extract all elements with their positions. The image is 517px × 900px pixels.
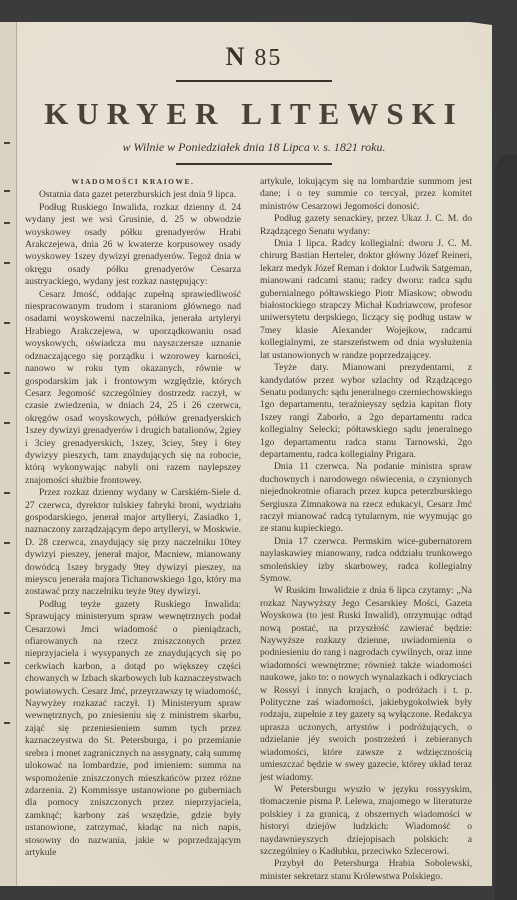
issue-number: N85 — [16, 42, 492, 72]
previous-page-edge — [0, 22, 17, 886]
article-paragraph: W Petersburgu wyszło w języku rossyyskim… — [260, 784, 472, 858]
article-paragraph: Podług teyże gazety Ruskiego Inwalida: S… — [25, 599, 241, 860]
article-paragraph: Przez rozkaz dzienny wydany w Carskiém-S… — [25, 487, 241, 599]
masthead: N85 KURYER LITEWSKI w Wilnie w Poniedzia… — [16, 22, 492, 165]
article-paragraph: Cesarz Jmość, oddając zupełną sprawiedli… — [25, 289, 241, 488]
page-edge-shadow — [495, 155, 517, 900]
newspaper-title: KURYER LITEWSKI — [16, 96, 492, 132]
article-paragraph: Podług Ruskiego Inwalida, rozkaz dzienny… — [25, 202, 241, 289]
article-paragraph: Dnia 1 lipca. Radcy kollegialni: dworu J… — [260, 238, 472, 362]
section-heading: WIADOMOŚCI KRAIOWE. — [25, 176, 241, 188]
issue-number-value: 85 — [254, 45, 282, 71]
article-paragraph: Dnia 17 czerwca. Permskim wice-gubernato… — [260, 536, 472, 586]
article-paragraph: Ostatnia data gazet peterzburskich jest … — [25, 189, 241, 201]
article-paragraph: Dnia 11 czerwca. Na podanie ministra spr… — [260, 461, 472, 535]
left-column: WIADOMOŚCI KRAIOWE. Ostatnia data gazet … — [25, 176, 241, 859]
article-paragraph: W Ruskim Inwalidzie z dnia 6 lipca czyta… — [260, 585, 472, 784]
article-paragraph: Podług gazety senackiey, przez Ukaz J. C… — [260, 213, 472, 238]
article-paragraph: artykule, lokującym się na lombardzie su… — [260, 176, 472, 213]
divider-rule — [176, 80, 332, 82]
dateline: w Wilnie w Poniedziałek dnia 18 Lipca v.… — [16, 140, 492, 155]
divider-rule — [176, 163, 332, 165]
issue-prefix: N — [226, 42, 247, 71]
article-paragraph: Teyże daty. Mianowani prezydentami, z ka… — [260, 362, 472, 461]
right-column: artykule, lokującym się na lombardzie su… — [260, 176, 472, 883]
article-paragraph: Przybył do Petersburga Hrabia Sobolewski… — [260, 858, 472, 883]
